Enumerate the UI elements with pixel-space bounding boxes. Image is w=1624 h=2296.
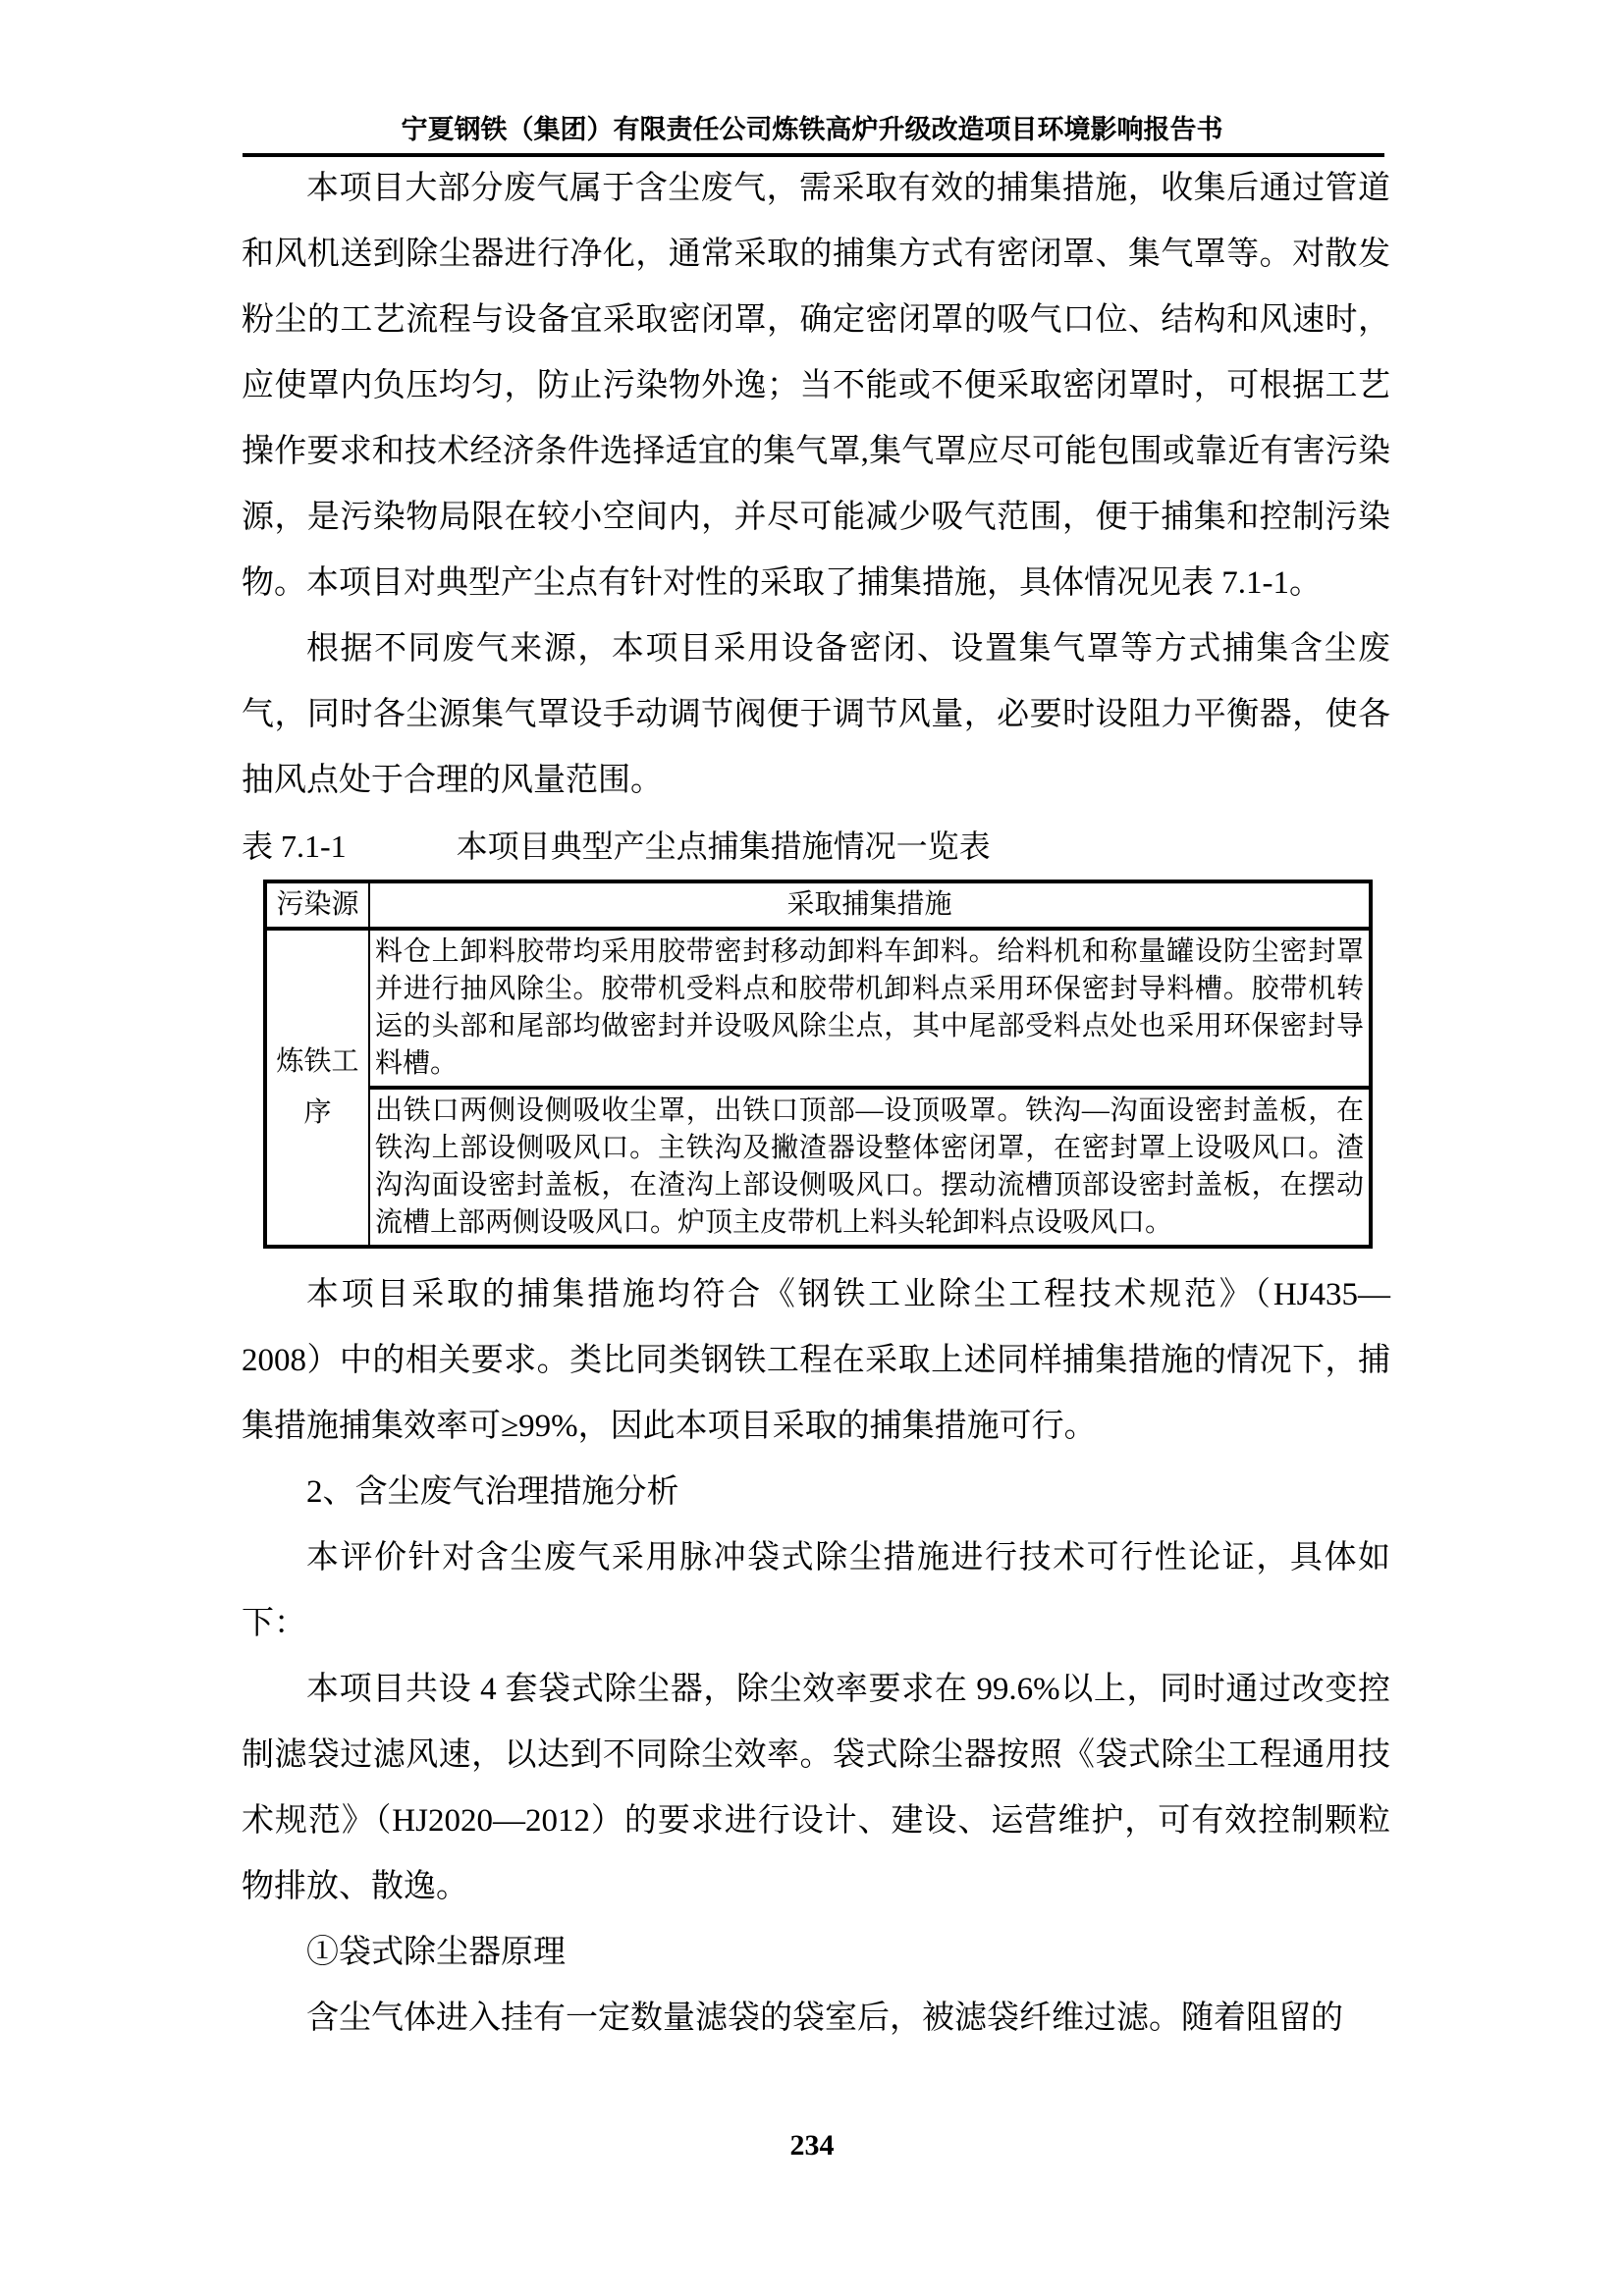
- capture-measures-table: 污染源 采取捕集措施 炼铁工序 料仓上卸料胶带均采用胶带密封移动卸料车卸料。给料…: [263, 880, 1373, 1249]
- document-page: 宁夏钢铁（集团）有限责任公司炼铁高炉升级改造项目环境影响报告书 本项目大部分废气…: [0, 0, 1624, 2296]
- page-number: 234: [790, 2129, 835, 2162]
- table-caption-label: 表 7.1-1: [242, 814, 347, 880]
- page-footer: 234: [0, 2128, 1624, 2163]
- report-title: 宁夏钢铁（集团）有限责任公司炼铁高炉升级改造项目环境影响报告书: [0, 114, 1624, 145]
- paragraph-baghouse-config: 本项目共设 4 套袋式除尘器，除尘效率要求在 99.6%以上，同时通过改变控制滤…: [242, 1657, 1390, 1920]
- paragraph-capture-overview: 本项目大部分废气属于含尘废气，需采取有效的捕集措施，收集后通过管道和风机送到除尘…: [242, 156, 1390, 616]
- page-header: 宁夏钢铁（集团）有限责任公司炼铁高炉升级改造项目环境影响报告书: [0, 0, 1624, 157]
- paragraph-compliance: 本项目采取的捕集措施均符合《钢铁工业除尘工程技术规范》（HJ435—2008）中…: [242, 1262, 1390, 1460]
- cell-measure-material-handling: 料仓上卸料胶带均采用胶带密封移动卸料车卸料。给料机和称量罐设防尘密封罩并进行抽风…: [369, 929, 1371, 1088]
- table-row: 出铁口两侧设侧吸收尘罩，出铁口顶部—设顶吸罩。铁沟—沟面设密封盖板，在铁沟上部设…: [265, 1088, 1371, 1247]
- cell-pollution-source: 炼铁工序: [265, 929, 369, 1247]
- table-row: 炼铁工序 料仓上卸料胶带均采用胶带密封移动卸料车卸料。给料机和称量罐设防尘密封罩…: [265, 929, 1371, 1088]
- column-header-pollution-source: 污染源: [265, 881, 369, 929]
- paragraph-capture-methods: 根据不同废气来源，本项目采用设备密闭、设置集气罩等方式捕集含尘废气，同时各尘源集…: [242, 616, 1390, 814]
- cell-measure-taphole: 出铁口两侧设侧吸收尘罩，出铁口顶部—设顶吸罩。铁沟—沟面设密封盖板，在铁沟上部设…: [369, 1088, 1371, 1247]
- paragraph-baghouse-principle-text: 含尘气体进入挂有一定数量滤袋的袋室后，被滤袋纤维过滤。随着阻留的: [242, 1986, 1390, 2052]
- table-caption-title: 本项目典型产尘点捕集措施情况一览表: [457, 828, 991, 864]
- column-header-capture-measures: 采取捕集措施: [369, 881, 1371, 929]
- heading-dust-treatment-analysis: 2、含尘废气治理措施分析: [242, 1460, 1390, 1525]
- table-header-row: 污染源 采取捕集措施: [265, 881, 1371, 929]
- heading-baghouse-principle: ①袋式除尘器原理: [242, 1920, 1390, 1986]
- table-caption: 表 7.1-1本项目典型产尘点捕集措施情况一览表: [242, 814, 1390, 880]
- page-body: 本项目大部分废气属于含尘废气，需采取有效的捕集措施，收集后通过管道和风机送到除尘…: [242, 156, 1390, 2052]
- paragraph-evaluation-intro: 本评价针对含尘废气采用脉冲袋式除尘措施进行技术可行性论证，具体如下：: [242, 1525, 1390, 1657]
